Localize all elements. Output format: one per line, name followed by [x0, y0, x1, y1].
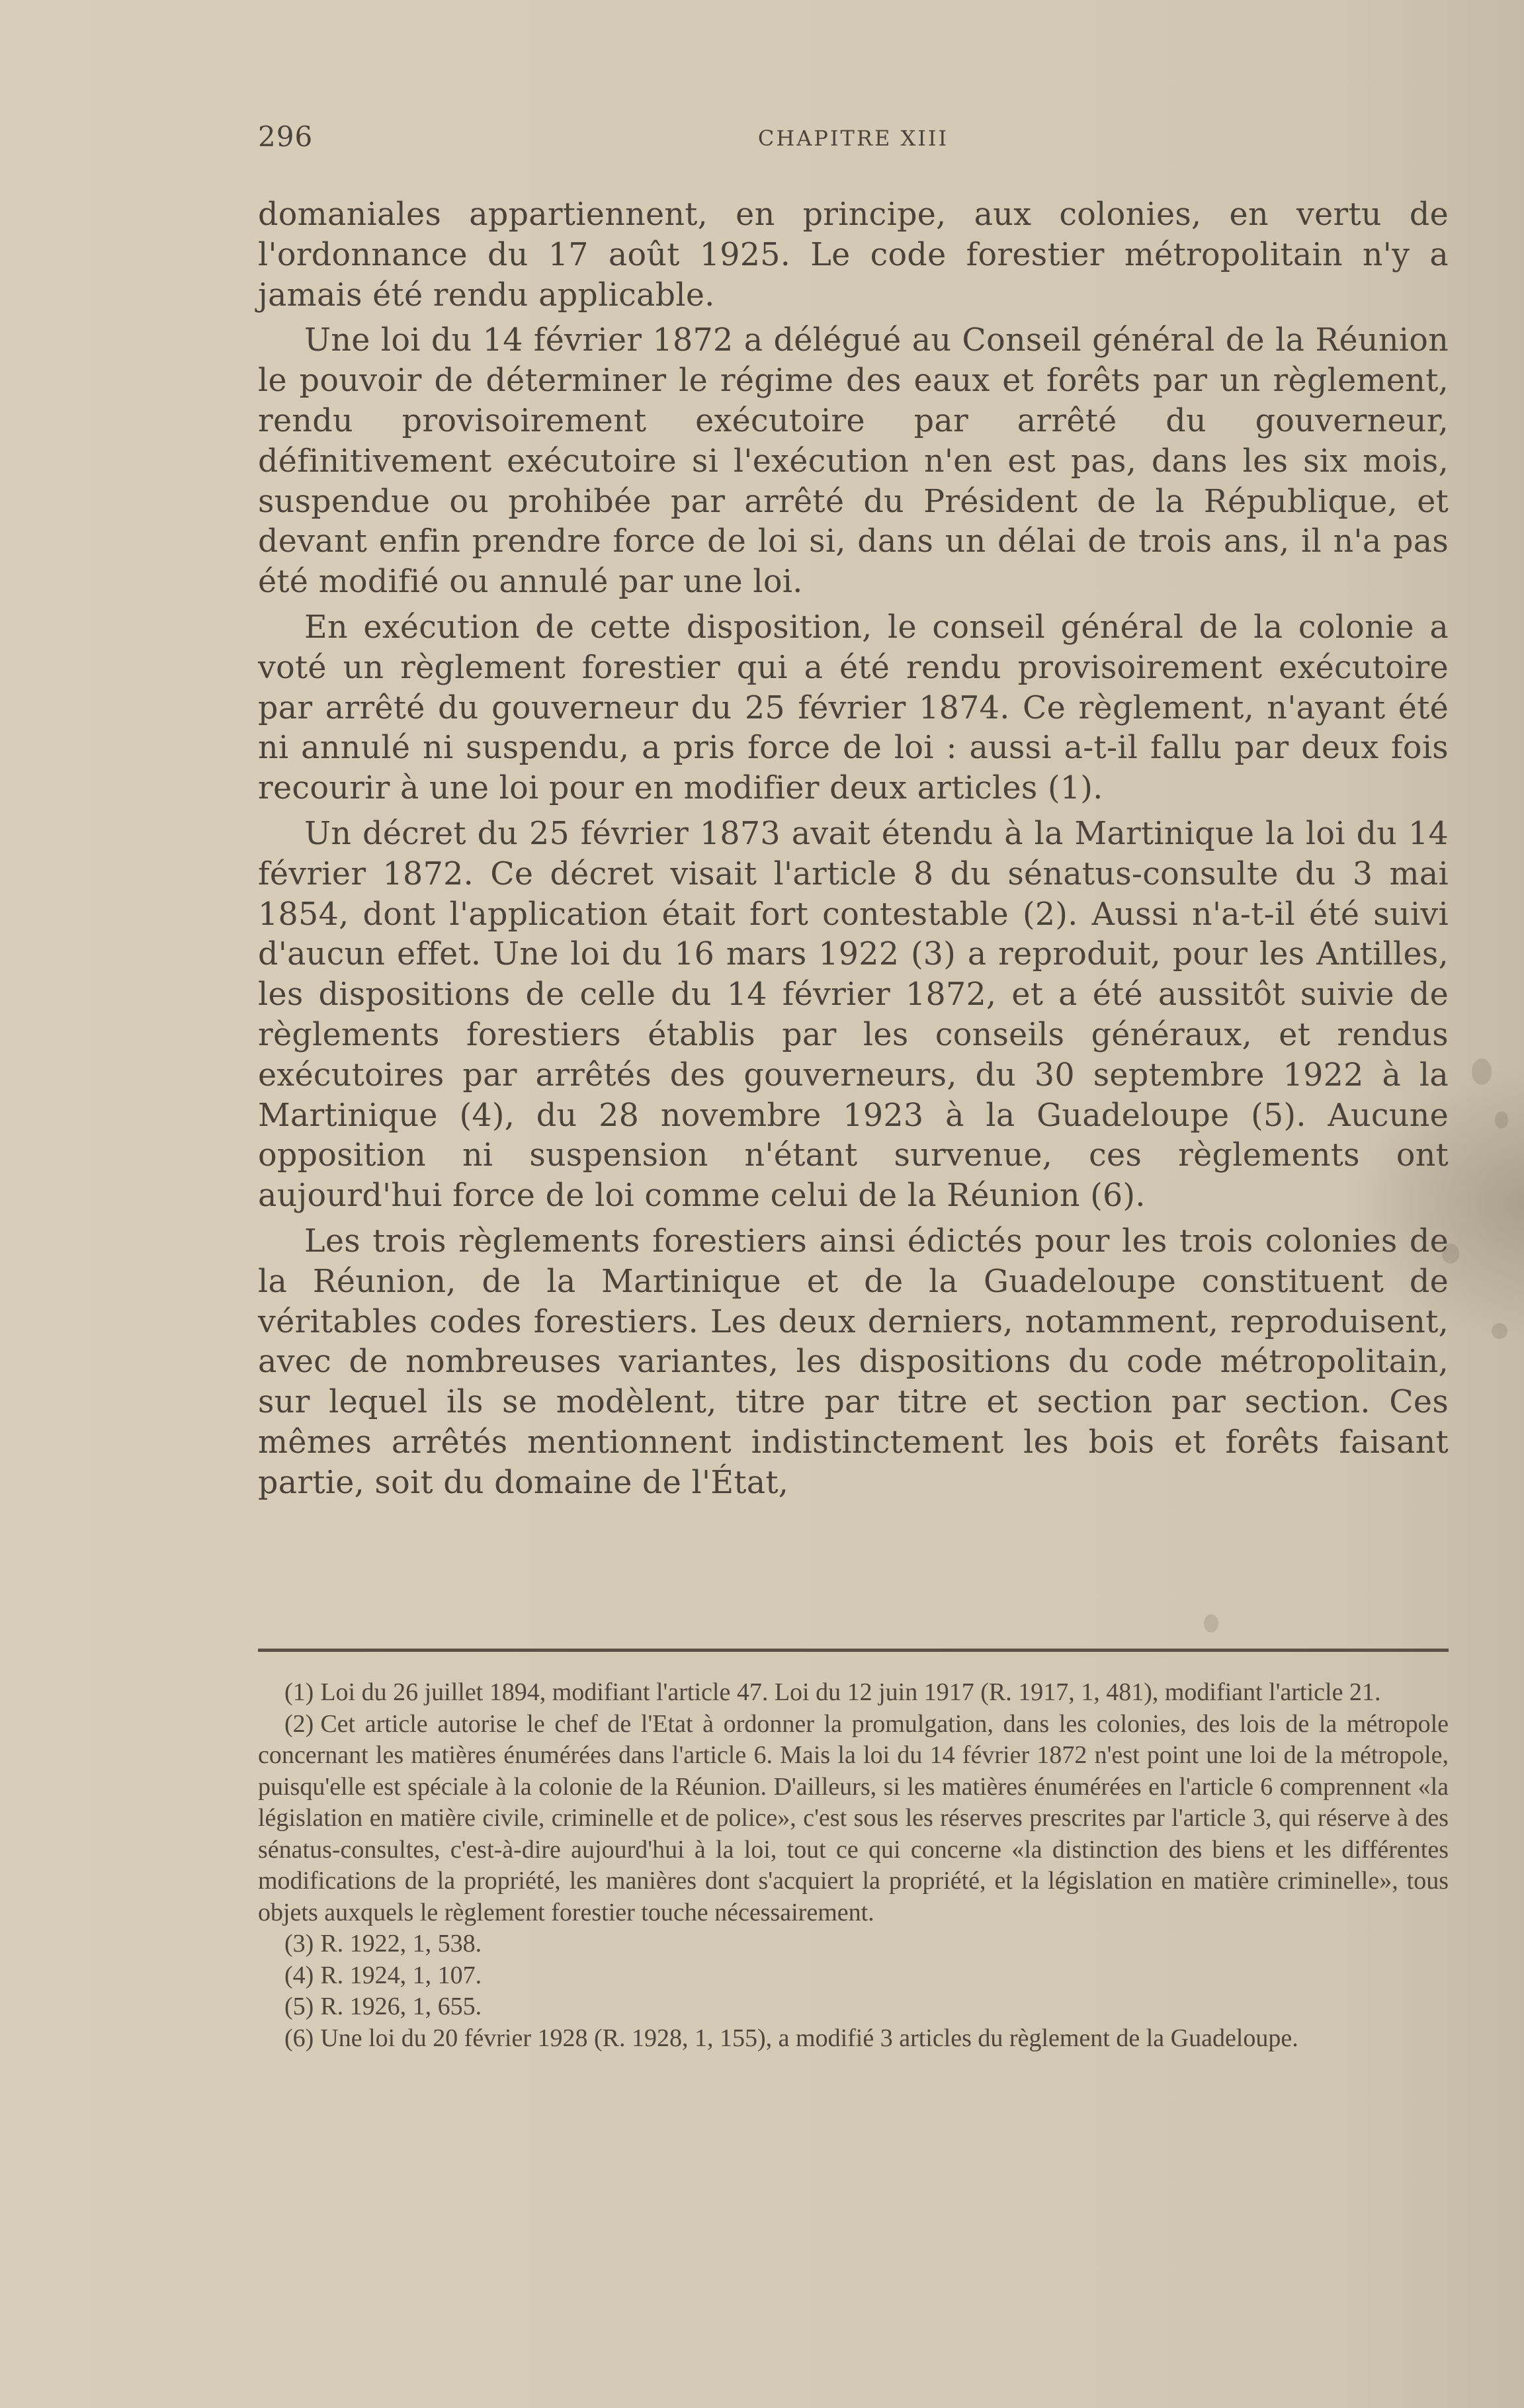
footnote-divider [258, 1649, 1449, 1652]
footnote-number: (6) [284, 2024, 314, 2052]
footnote-text: R. 1924, 1, 107. [320, 1961, 482, 1989]
footnote-text: Une loi du 20 février 1928 (R. 1928, 1, … [320, 2024, 1298, 2052]
paragraph: Une loi du 14 février 1872 a délégué au … [258, 321, 1449, 603]
paper-stain [1472, 1058, 1492, 1085]
footnote-number: (2) [284, 1710, 314, 1738]
footnote-5: (5)R. 1926, 1, 655. [258, 1991, 1449, 2023]
footnote-1: (1)Loi du 26 juillet 1894, modifiant l'a… [258, 1677, 1449, 1709]
footnote-number: (1) [284, 1678, 314, 1706]
footnote-4: (4)R. 1924, 1, 107. [258, 1960, 1449, 1992]
paragraph: Un décret du 25 février 1873 avait étend… [258, 814, 1449, 1217]
footnote-6: (6)Une loi du 20 février 1928 (R. 1928, … [258, 2023, 1449, 2055]
footnote-text: Cet article autorise le chef de l'Etat à… [258, 1710, 1449, 1926]
paper-stain [1204, 1614, 1218, 1633]
footnote-number: (4) [284, 1961, 314, 1989]
footnote-number: (5) [284, 1993, 314, 2020]
chapter-title: CHAPITRE XIII [258, 126, 1449, 151]
paper-stain [1492, 1323, 1507, 1339]
footnote-number: (3) [284, 1930, 314, 1957]
footnote-text: R. 1922, 1, 538. [320, 1930, 482, 1957]
footnote-text: R. 1926, 1, 655. [320, 1993, 482, 2020]
footnote-2: (2)Cet article autorise le chef de l'Eta… [258, 1709, 1449, 1929]
running-head: 296 CHAPITRE XIII [258, 120, 1449, 160]
paper-stain [1495, 1111, 1508, 1129]
paragraph: En exécution de cette disposition, le co… [258, 608, 1449, 809]
paragraph: Les trois règlements forestiers ainsi éd… [258, 1222, 1449, 1504]
footnotes: (1)Loi du 26 juillet 1894, modifiant l'a… [258, 1677, 1449, 2054]
paragraph: domaniales appartiennent, en principe, a… [258, 195, 1449, 316]
footnote-3: (3)R. 1922, 1, 538. [258, 1928, 1449, 1960]
body-text: domaniales appartiennent, en principe, a… [258, 195, 1449, 1504]
footnote-text: Loi du 26 juillet 1894, modifiant l'arti… [320, 1678, 1380, 1706]
